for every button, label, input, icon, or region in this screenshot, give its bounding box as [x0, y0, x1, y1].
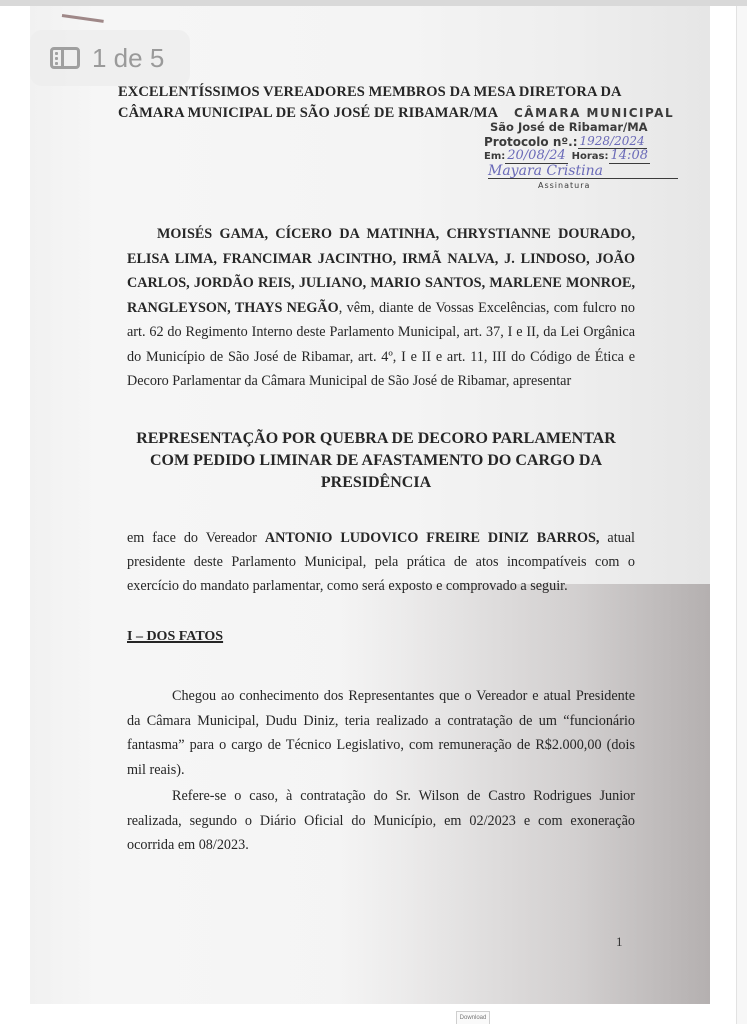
- protocol-value: 1928/2024: [578, 134, 647, 149]
- page-indicator-label: 1 de 5: [92, 43, 164, 74]
- scrollbar[interactable]: [736, 6, 747, 1024]
- representation-title: REPRESENTAÇÃO POR QUEBRA DE DECORO PARLA…: [116, 428, 636, 494]
- sidebar-icon: [50, 47, 80, 69]
- download-chip[interactable]: Download: [456, 1011, 490, 1024]
- page-indicator[interactable]: 1 de 5: [30, 30, 190, 86]
- time-label: Horas:: [572, 150, 609, 164]
- section-heading: I – DOS FATOS: [127, 629, 223, 645]
- signature-label: Assinatura: [484, 179, 706, 193]
- face-paragraph: em face do Vereador ANTONIO LUDOVICO FRE…: [127, 526, 635, 598]
- page-number: 1: [616, 934, 623, 950]
- paragraph-1-text: Chegou ao conhecimento dos Representante…: [127, 684, 635, 782]
- stamp-city: São José de Ribamar/MA: [484, 120, 706, 134]
- face-prefix: em face do Vereador: [127, 530, 265, 546]
- facts-paragraph-1: Chegou ao conhecimento dos Representante…: [127, 684, 635, 782]
- title-line-1: REPRESENTAÇÃO POR QUEBRA DE DECORO PARLA…: [116, 428, 636, 450]
- intro-paragraph: MOISÉS GAMA, CÍCERO DA MATINHA, CHRYSTIA…: [127, 222, 635, 394]
- paragraph-2-text: Refere-se o caso, à contratação do Sr. W…: [127, 784, 635, 858]
- protocol-label: Protocolo nº.:: [484, 135, 578, 149]
- title-line-2: COM PEDIDO LIMINAR DE AFASTAMENTO DO CAR…: [116, 450, 636, 472]
- stamp-protocol: Protocolo nº.: 1928/2024: [484, 134, 706, 149]
- stamp-datetime: Em: 20/08/24 Horas: 14:08: [484, 149, 706, 164]
- protocol-stamp: CÂMARA MUNICIPAL São José de Ribamar/MA …: [484, 106, 706, 192]
- date-label: Em:: [484, 150, 505, 164]
- title-line-3: PRESIDÊNCIA: [116, 472, 636, 494]
- stamp-title: CÂMARA MUNICIPAL: [484, 106, 706, 120]
- facts-paragraph-2: Refere-se o caso, à contratação do Sr. W…: [127, 784, 635, 858]
- accused-name: ANTONIO LUDOVICO FREIRE DINIZ BARROS,: [265, 530, 600, 546]
- header-line-1: EXCELENTÍSSIMOS VEREADORES MEMBROS DA ME…: [118, 82, 658, 103]
- stamp-signature: Mayara Cristina: [488, 164, 678, 179]
- time-value: 14:08: [609, 149, 650, 164]
- date-value: 20/08/24: [505, 149, 567, 164]
- pen-mark: [62, 14, 104, 23]
